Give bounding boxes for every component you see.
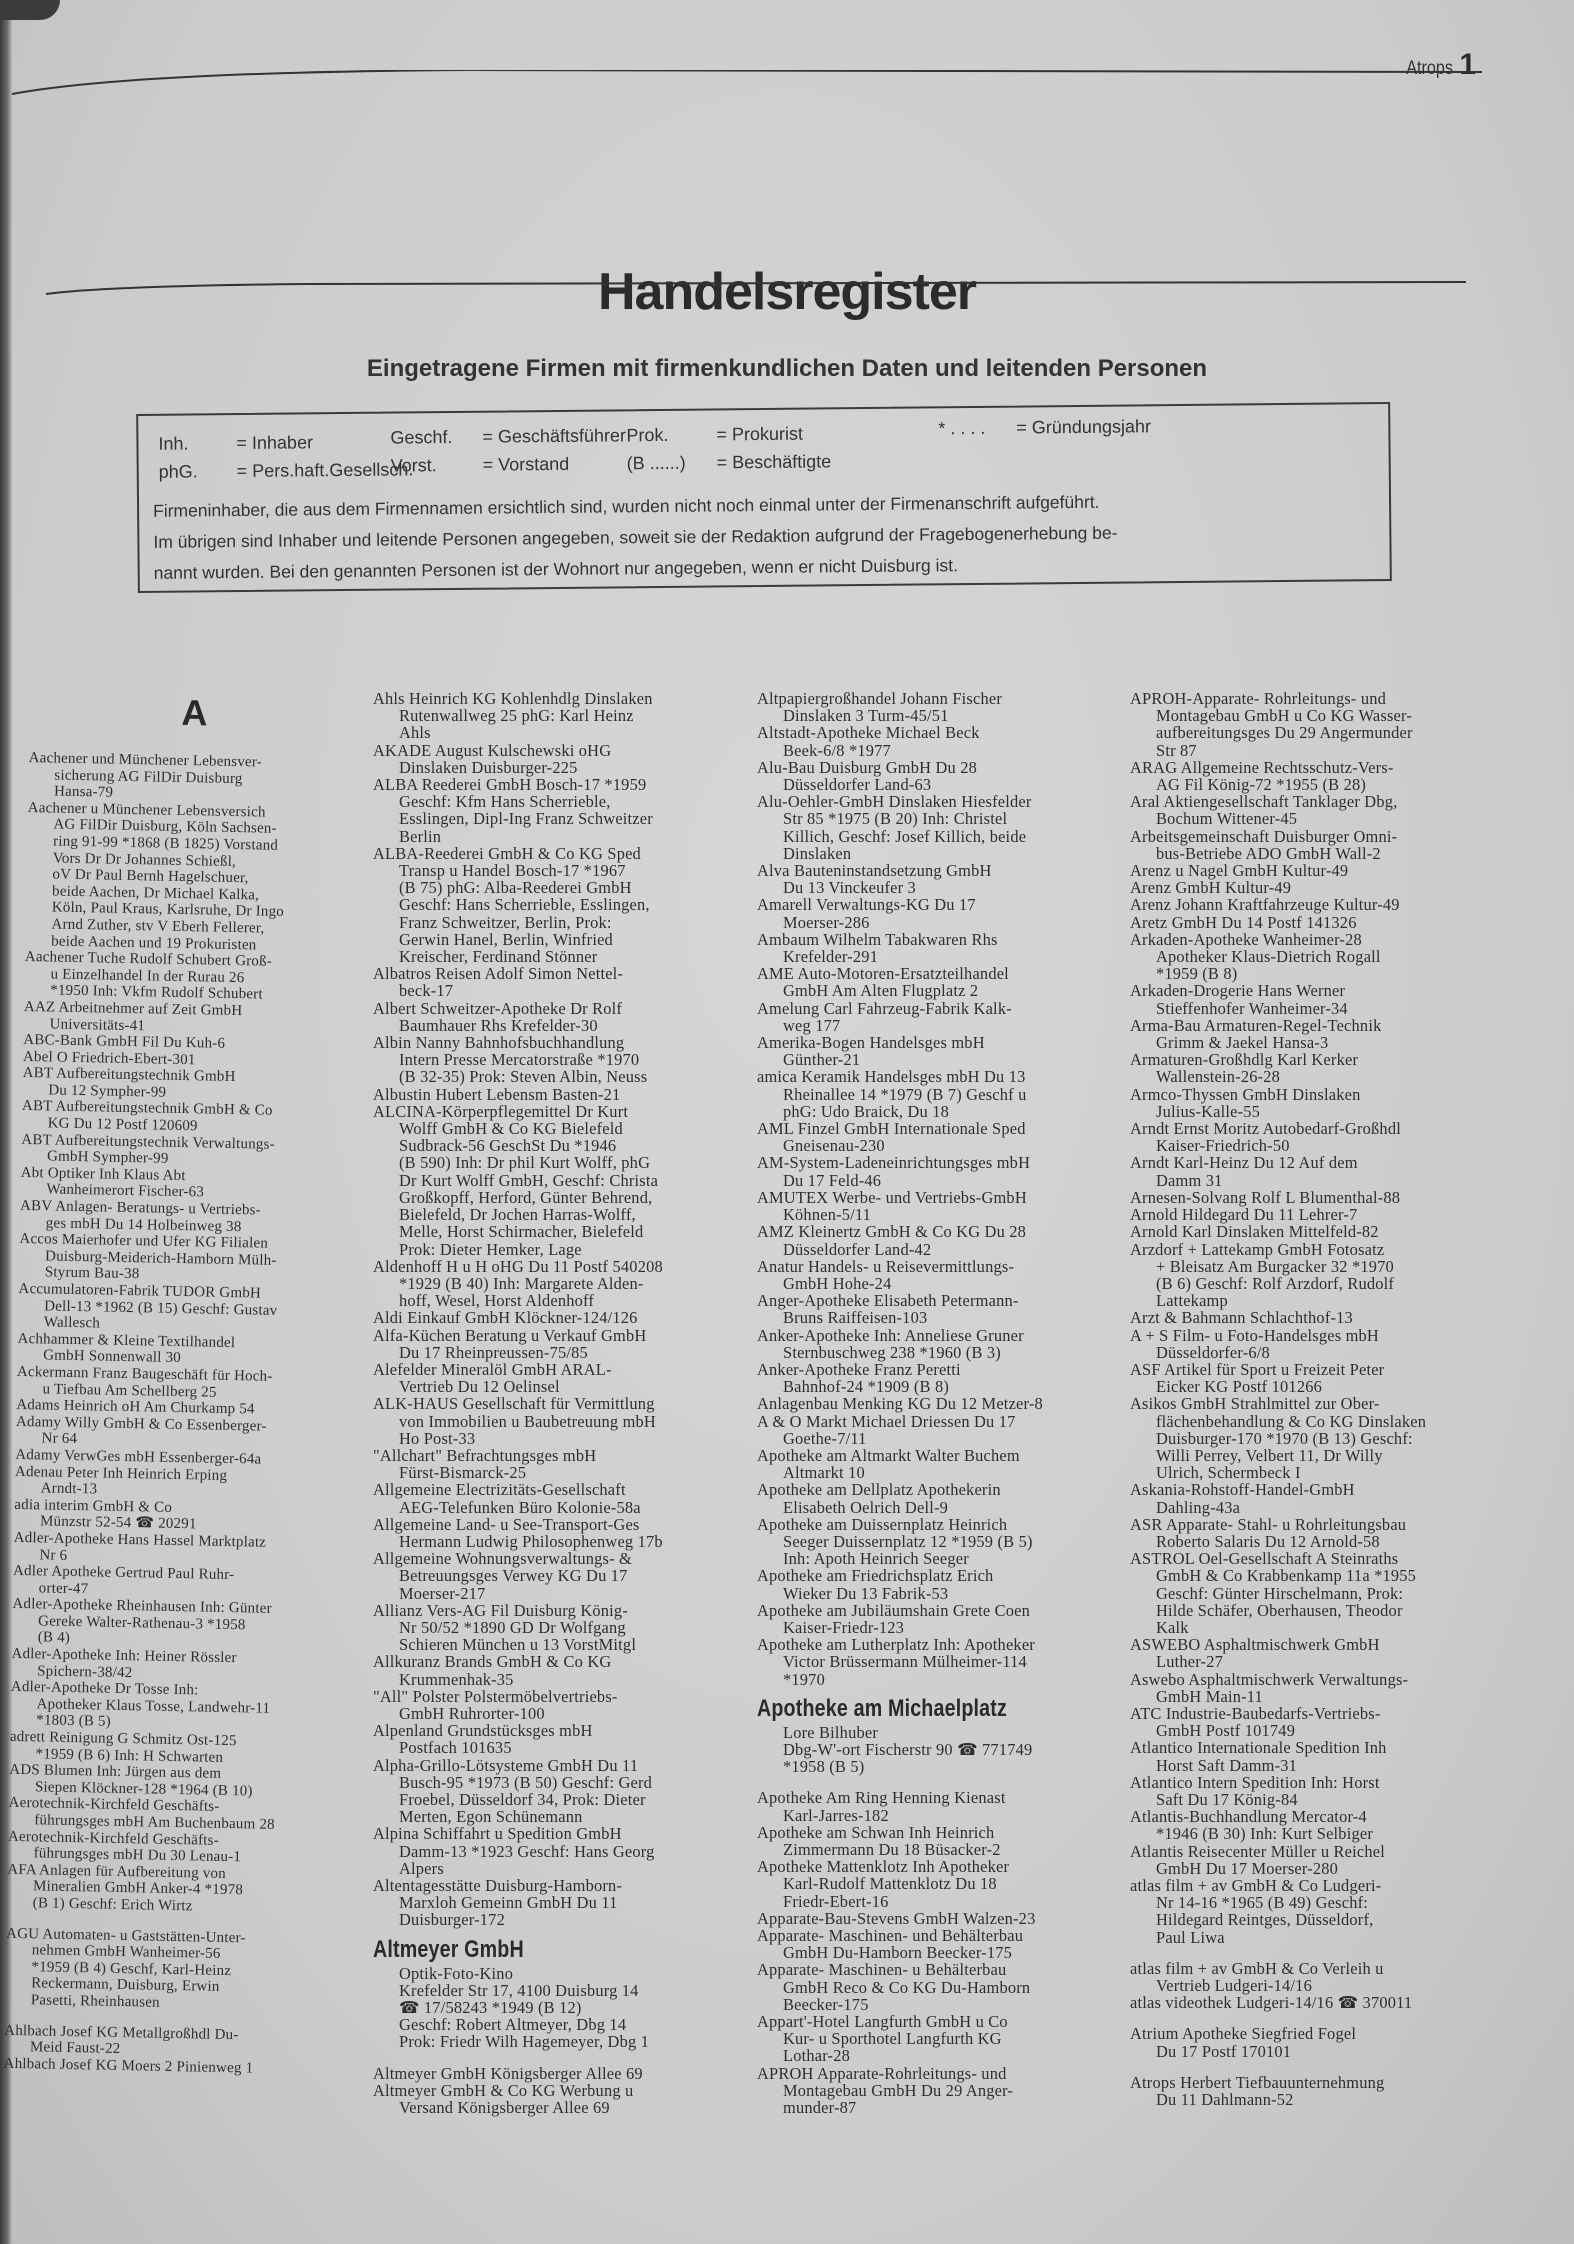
company-name-line: Alfa-Küchen Beratung u Verkauf GmbH (373, 1327, 753, 1344)
company-entry: Atlantis Reisecenter Müller u ReichelGmb… (1130, 1843, 1510, 1877)
entry-detail-line: Sudbrack-56 GeschSt Du *1946 (373, 1137, 753, 1154)
company-entry: Atlantis-Buchhandlung Mercator-4*1946 (B… (1130, 1808, 1510, 1842)
company-name-line: AKADE August Kulschewski oHG (373, 742, 753, 759)
entry-detail-line: Dinslaken 3 Turm-45/51 (757, 707, 1137, 724)
entry-detail-line: Montagebau GmbH Du 29 Anger- (757, 2082, 1137, 2099)
company-name-line: APROH-Apparate- Rohrleitungs- und (1130, 690, 1510, 707)
entry-detail-line: Kalk (1130, 1619, 1510, 1636)
company-name-line: Askania-Rohstoff-Handel-GmbH (1130, 1481, 1510, 1498)
company-name-line: Appart'-Hotel Langfurth GmbH u Co (757, 2013, 1137, 2030)
company-entry: Atlantico Intern Spedition Inh: HorstSaf… (1130, 1774, 1510, 1808)
company-entry: ASF Artikel für Sport u Freizeit PeterEi… (1130, 1361, 1510, 1395)
abbreviation-meaning: = Inhaber (236, 432, 313, 454)
company-entry: Apotheke am Altmarkt Walter BuchemAltmar… (757, 1447, 1137, 1481)
column-1: A Aachener und Münchener Lebensver-siche… (3, 690, 359, 2078)
entry-detail-line: Friedr-Ebert-16 (757, 1893, 1137, 1910)
company-entry: Apotheke Mattenklotz Inh ApothekerKarl-R… (757, 1858, 1137, 1910)
company-name-line: Armco-Thyssen GmbH Dinslaken (1130, 1086, 1510, 1103)
abbreviation-legend: Inh.= InhaberphG.= Pers.haft.Gesellsch.G… (136, 402, 1392, 593)
company-entry: Apparate-Bau-Stevens GmbH Walzen-23 (757, 1910, 1137, 1927)
company-entry: Allgemeine Wohnungsverwaltungs- &Betreuu… (373, 1550, 753, 1602)
company-entry: ATC Industrie-Baubedarfs-Vertriebs-GmbH … (1130, 1705, 1510, 1739)
entry-detail-line: (B 590) Inh: Dr phil Kurt Wolff, phG (373, 1154, 753, 1171)
company-name-line: Arma-Bau Armaturen-Regel-Technik (1130, 1017, 1510, 1034)
entry-detail-line: Dr Kurt Wolff GmbH, Geschf: Christa (373, 1172, 753, 1189)
company-name-line: Alpha-Grillo-Lötsysteme GmbH Du 11 (373, 1757, 753, 1774)
legend-abbreviation: Prok.= Prokurist (626, 424, 803, 447)
company-entry: Ahls Heinrich KG Kohlenhdlg DinslakenRut… (373, 690, 753, 742)
company-entry: ALBA Reederei GmbH Bosch-17 *1959Geschf:… (373, 776, 753, 845)
company-name-line: "All" Polster Polstermöbelvertriebs- (373, 1688, 753, 1705)
entry-detail-line: Marxloh Gemeinn GmbH Du 11 (373, 1894, 753, 1911)
company-entry: APROH-Apparate- Rohrleitungs- undMontage… (1130, 690, 1510, 759)
company-entry: ASR Apparate- Stahl- u RohrleitungsbauRo… (1130, 1516, 1510, 1550)
entry-detail-line: Victor Brüssermann Mülheimer-114 (757, 1653, 1137, 1670)
company-name-line: atlas film + av GmbH & Co Ludgeri- (1130, 1877, 1510, 1894)
company-entry: Arenz Johann Kraftfahrzeuge Kultur-49 (1130, 896, 1510, 913)
entry-detail-line: Dahling-43a (1130, 1499, 1510, 1516)
company-entry: Apotheke am Schwan Inh HeinrichZimmerman… (757, 1824, 1137, 1858)
company-name-line: Arkaden-Apotheke Wanheimer-28 (1130, 931, 1510, 948)
entry-detail-line: GmbH Ruhrorter-100 (373, 1705, 753, 1722)
company-entry: Amarell Verwaltungs-KG Du 17Moerser-286 (757, 896, 1137, 930)
entry-detail-line: Froebel, Düsseldorf 34, Prok: Dieter (373, 1791, 753, 1808)
legend-abbreviation: Inh.= Inhaber (158, 432, 313, 454)
entry-detail-line: Hildegard Reintges, Düsseldorf, (1130, 1911, 1510, 1928)
company-name-line: Apotheke Mattenklotz Inh Apotheker (757, 1858, 1137, 1875)
entry-detail-line: Hilde Schäfer, Oberhausen, Theodor (1130, 1602, 1510, 1619)
company-entry: Anger-Apotheke Elisabeth Petermann-Bruns… (757, 1292, 1137, 1326)
entry-detail-line: Kaiser-Friedr-123 (757, 1619, 1137, 1636)
company-name-line: Apotheke am Jubiläumshain Grete Coen (757, 1602, 1137, 1619)
company-name-line: Allgemeine Electrizitäts-Gesellschaft (373, 1481, 753, 1498)
company-name-line: Alpenland Grundstücksges mbH (373, 1722, 753, 1739)
company-name-line: Alefelder Mineralöl GmbH ARAL- (373, 1361, 753, 1378)
company-entry: Aldenhoff H u H oHG Du 11 Postf 540208*1… (373, 1258, 753, 1310)
company-name-line: Amelung Carl Fahrzeug-Fabrik Kalk- (757, 1000, 1137, 1017)
entry-detail-line: GmbH Postf 101749 (1130, 1722, 1510, 1739)
company-entry: Aachener u Münchener LebensversichAG Fil… (25, 800, 358, 956)
entry-detail-line: Prok: Friedr Wilh Hagemeyer, Dbg 1 (373, 2033, 753, 2050)
company-entry: Apparate- Maschinen- und BehälterbauGmbH… (757, 1927, 1137, 1961)
company-entry: Alpha-Grillo-Lötsysteme GmbH Du 11Busch-… (373, 1757, 753, 1826)
entry-detail-line: Intern Presse Mercatorstraße *1970 (373, 1051, 753, 1068)
company-name-line: Aldenhoff H u H oHG Du 11 Postf 540208 (373, 1258, 753, 1275)
entry-detail-line: *1959 (B 8) (1130, 965, 1510, 982)
company-entry: Arzt & Bahmann Schlachthof-13 (1130, 1309, 1510, 1326)
company-entry: Adler-Apotheke Dr Tosse Inh:Apotheker Kl… (10, 1679, 341, 1735)
entry-detail-line: *1970 (757, 1671, 1137, 1688)
company-entry: Aldi Einkauf GmbH Klöckner-124/126 (373, 1309, 753, 1326)
entry-detail-line: Ho Post-33 (373, 1430, 753, 1447)
entry-detail-line: Grimm & Jaekel Hansa-3 (1130, 1034, 1510, 1051)
company-name-line: Anker-Apotheke Inh: Anneliese Gruner (757, 1327, 1137, 1344)
company-name-line: AMUTEX Werbe- und Vertriebs-GmbH (757, 1189, 1137, 1206)
header-rule (12, 70, 1482, 110)
entry-detail-line: Luther-27 (1130, 1653, 1510, 1670)
company-name-line: Arnold Karl Dinslaken Mittelfeld-82 (1130, 1223, 1510, 1240)
entry-detail-line: GmbH Main-11 (1130, 1688, 1510, 1705)
entry-detail-line: Elisabeth Oelrich Dell-9 (757, 1499, 1137, 1516)
company-entry: AMUTEX Werbe- und Vertriebs-GmbHKöhnen-5… (757, 1189, 1137, 1223)
company-entry: Apotheke Am Ring Henning KienastKarl-Jar… (757, 1789, 1137, 1823)
company-name-line: Albin Nanny Bahnhofsbuchhandlung (373, 1034, 753, 1051)
entry-detail-line: hoff, Wesel, Horst Aldenhoff (373, 1292, 753, 1309)
company-entry: Allkuranz Brands GmbH & Co KGKrummenhak-… (373, 1653, 753, 1687)
section-letter: A (29, 690, 360, 736)
company-entry: Aral Aktiengesellschaft Tanklager Dbg,Bo… (1130, 793, 1510, 827)
entry-detail-line: (B 75) phG: Alba-Reederei GmbH (373, 879, 753, 896)
company-entry: Appart'-Hotel Langfurth GmbH u CoKur- u … (757, 2013, 1137, 2065)
entry-detail-line: GmbH & Co Krabbenkamp 11a *1955 (1130, 1567, 1510, 1584)
company-name-line: Asikos GmbH Strahlmittel zur Ober- (1130, 1395, 1510, 1412)
abbreviation-meaning: = Gründungsjahr (1016, 416, 1151, 438)
company-entry: Apotheke am Lutherplatz Inh: ApothekerVi… (757, 1636, 1137, 1688)
company-name-line: Alu-Bau Duisburg GmbH Du 28 (757, 759, 1137, 776)
company-entry: Anlagenbau Menking KG Du 12 Metzer-8 (757, 1395, 1137, 1412)
entry-detail-line: Optik-Foto-Kino (373, 1965, 753, 1982)
company-entry: Anker-Apotheke Franz PerettiBahnhof-24 *… (757, 1361, 1137, 1395)
page-corner-shadow (0, 0, 60, 20)
company-name-line: Altentagesstätte Duisburg-Hamborn- (373, 1877, 753, 1894)
company-name-line: Arnold Hildegard Du 11 Lehrer-7 (1130, 1206, 1510, 1223)
entry-detail-line: Willi Perrey, Velbert 11, Dr Willy (1130, 1447, 1510, 1464)
company-name-line: atlas videothek Ludgeri-14/16 ☎ 370011 (1130, 1994, 1510, 2011)
company-entry: "Allchart" Befrachtungsges mbHFürst-Bism… (373, 1447, 753, 1481)
company-name-line: Atrium Apotheke Siegfried Fogel (1130, 2025, 1510, 2042)
entry-detail-line: Killich, Geschf: Josef Killich, beide (757, 828, 1137, 845)
company-name-line: ALCINA-Körperpflegemittel Dr Kurt (373, 1103, 753, 1120)
entry-detail-line: Rutenwallweg 25 phG: Karl Heinz (373, 707, 753, 724)
company-entry: Altpapiergroßhandel Johann FischerDinsla… (757, 690, 1137, 724)
entry-detail-line: Hermann Ludwig Philosophenweg 17b (373, 1533, 753, 1550)
entry-detail-line: Köhnen-5/11 (757, 1206, 1137, 1223)
entry-detail-line: Du 13 Vinckeufer 3 (757, 879, 1137, 896)
company-entry: ALK-HAUS Gesellschaft für Vermittlungvon… (373, 1395, 753, 1447)
entry-detail-line: Alpers (373, 1860, 753, 1877)
featured-company-entry: Apotheke am MichaelplatzLore BilhuberDbg… (757, 1694, 1137, 1776)
entry-detail-line: Geschf: Robert Altmeyer, Dbg 14 (373, 2016, 753, 2033)
company-entry: Arnold Karl Dinslaken Mittelfeld-82 (1130, 1223, 1510, 1240)
company-entry: AGU Automaten- u Gaststätten-Unter-nehme… (5, 1925, 337, 2014)
company-name-line: ATC Industrie-Baubedarfs-Vertriebs- (1130, 1705, 1510, 1722)
company-name-line: Arzdorf + Lattekamp GmbH Fotosatz (1130, 1241, 1510, 1258)
legend-abbreviation: Vorst.= Vorstand (391, 454, 570, 477)
company-entry: Apparate- Maschinen- u BehälterbauGmbH R… (757, 1961, 1137, 2013)
entry-detail-line: (B 6) Geschf: Rolf Arzdorf, Rudolf (1130, 1275, 1510, 1292)
entry-detail-line: Düsseldorfer-6/8 (1130, 1344, 1510, 1361)
company-name-line: ASF Artikel für Sport u Freizeit Peter (1130, 1361, 1510, 1378)
company-entry: AMZ Kleinertz GmbH & Co KG Du 28Düsseldo… (757, 1223, 1137, 1257)
company-entry: ALBA-Reederei GmbH & Co KG SpedTransp u … (373, 845, 753, 965)
abbreviation-key: (B ......) (627, 453, 709, 475)
company-entry: AML Finzel GmbH Internationale SpedGneis… (757, 1120, 1137, 1154)
company-entry: AKADE August Kulschewski oHGDinslaken Du… (373, 742, 753, 776)
legend-abbreviation: Geschf.= Geschäftsführer (390, 425, 626, 448)
entry-detail-line: Beecker-175 (757, 1996, 1137, 2013)
entry-detail-line: Montagebau GmbH u Co KG Wasser- (1130, 707, 1510, 724)
entry-detail-line: Du 17 Postf 170101 (1130, 2043, 1510, 2060)
entry-detail-line: Nr 50/52 *1890 GD Dr Wolfgang (373, 1619, 753, 1636)
company-entry: Aachener und Münchener Lebensver-sicheru… (28, 750, 359, 806)
entry-detail-line: Dbg-W'-ort Fischerstr 90 ☎ 771749 (757, 1741, 1137, 1758)
abbreviation-key: Geschf. (390, 427, 474, 449)
featured-company-name: Altmeyer GmbH (373, 1935, 685, 1965)
entry-detail-line: AEG-Telefunken Büro Kolonie-58a (373, 1499, 753, 1516)
company-name-line: atlas film + av GmbH & Co Verleih u (1130, 1960, 1510, 1977)
entry-detail-line: Berlin (373, 828, 753, 845)
company-name-line: Apparate- Maschinen- u Behälterbau (757, 1961, 1137, 1978)
entry-detail-line: munder-87 (757, 2099, 1137, 2116)
company-entry: Allgemeine Electrizitäts-GesellschaftAEG… (373, 1481, 753, 1515)
entry-detail-line: Lore Bilhuber (757, 1724, 1137, 1741)
company-name-line: Albustin Hubert Lebensm Basten-21 (373, 1086, 753, 1103)
company-name-line: Arenz u Nagel GmbH Kultur-49 (1130, 862, 1510, 879)
company-entry: Alefelder Mineralöl GmbH ARAL-Vertrieb D… (373, 1361, 753, 1395)
company-name-line: Aral Aktiengesellschaft Tanklager Dbg, (1130, 793, 1510, 810)
entry-detail-line: von Immobilien u Baubetreuung mbH (373, 1413, 753, 1430)
company-entry: Apotheke am Duissernplatz HeinrichSeeger… (757, 1516, 1137, 1568)
company-entry: Altmeyer GmbH Königsberger Allee 69 (373, 2065, 753, 2082)
company-name-line: AMZ Kleinertz GmbH & Co KG Du 28 (757, 1223, 1137, 1240)
company-name-line: Aldi Einkauf GmbH Klöckner-124/126 (373, 1309, 753, 1326)
company-entry: Altentagesstätte Duisburg-Hamborn-Marxlo… (373, 1877, 753, 1929)
company-name-line: Apotheke am Dellplatz Apothekerin (757, 1481, 1137, 1498)
entry-detail-line: Stieffenhofer Wanheimer-34 (1130, 1000, 1510, 1017)
company-name-line: Atrops Herbert Tiefbauunternehmung (1130, 2074, 1510, 2091)
company-name-line: Amarell Verwaltungs-KG Du 17 (757, 896, 1137, 913)
company-entry: Alu-Oehler-GmbH Dinslaken HiesfelderStr … (757, 793, 1137, 862)
entry-detail-line: Str 87 (1130, 742, 1510, 759)
entry-detail-line: Merten, Egon Schünemann (373, 1808, 753, 1825)
directory-page: Atrops 1 Handelsregister Eingetragene Fi… (0, 0, 1574, 2244)
company-name-line: Arndt Karl-Heinz Du 12 Auf dem (1130, 1154, 1510, 1171)
entry-detail-line: Ahls (373, 724, 753, 741)
company-entry: "All" Polster Polstermöbelvertriebs-GmbH… (373, 1688, 753, 1722)
entry-detail-line: Gneisenau-230 (757, 1137, 1137, 1154)
company-name-line: Altmeyer GmbH Königsberger Allee 69 (373, 2065, 753, 2082)
company-entry: Aretz GmbH Du 14 Postf 141326 (1130, 914, 1510, 931)
company-entry: Anker-Apotheke Inh: Anneliese GrunerSter… (757, 1327, 1137, 1361)
company-name-line: ALBA Reederei GmbH Bosch-17 *1959 (373, 776, 753, 793)
company-entry: Alpina Schiffahrt u Spedition GmbHDamm-1… (373, 1825, 753, 1877)
company-entry: Arnold Hildegard Du 11 Lehrer-7 (1130, 1206, 1510, 1223)
company-name-line: Anger-Apotheke Elisabeth Petermann- (757, 1292, 1137, 1309)
company-name-line: Allgemeine Land- u See-Transport-Ges (373, 1516, 753, 1533)
entry-detail-line: Apotheker Klaus-Dietrich Rogall (1130, 948, 1510, 965)
entry-detail-line: Inh: Apoth Heinrich Seeger (757, 1550, 1137, 1567)
featured-company-entry: Altmeyer GmbHOptik-Foto-KinoKrefelder St… (373, 1935, 753, 2051)
entry-detail-line: Prok: Dieter Hemker, Lage (373, 1241, 753, 1258)
company-entry: Atlantico Internationale Spedition InhHo… (1130, 1739, 1510, 1773)
company-name-line: Altpapiergroßhandel Johann Fischer (757, 690, 1137, 707)
abbreviation-key: Prok. (626, 425, 708, 447)
abbreviation-meaning: = Prokurist (716, 424, 803, 446)
entry-detail-line: Paul Liwa (1130, 1929, 1510, 1946)
company-entry: Adler-Apotheke Rheinhausen Inh: GünterGe… (12, 1596, 343, 1652)
company-name-line: amica Keramik Handelsges mbH Du 13 (757, 1068, 1137, 1085)
entry-detail-line: Duisburger-172 (373, 1911, 753, 1928)
company-name-line: ASTROL Oel-Gesellschaft A Steinraths (1130, 1550, 1510, 1567)
entry-detail-line: phG: Udo Braick, Du 18 (757, 1103, 1137, 1120)
entry-detail-line: Altmarkt 10 (757, 1464, 1137, 1481)
abbreviation-meaning: = Vorstand (483, 454, 570, 476)
entry-detail-line: Kaiser-Friedrich-50 (1130, 1137, 1510, 1154)
company-name-line: Arndt Ernst Moritz Autobedarf-Großhdl (1130, 1120, 1510, 1137)
company-entry: Amelung Carl Fahrzeug-Fabrik Kalk-weg 17… (757, 1000, 1137, 1034)
company-entry: AME Auto-Motoren-ErsatzteilhandelGmbH Am… (757, 965, 1137, 999)
company-name-line: Anlagenbau Menking KG Du 12 Metzer-8 (757, 1395, 1137, 1412)
company-name-line: ALBA-Reederei GmbH & Co KG Sped (373, 845, 753, 862)
page-subtitle: Eingetragene Firmen mit firmenkundlichen… (0, 355, 1574, 383)
company-entry: Amerika-Bogen Handelsges mbHGünther-21 (757, 1034, 1137, 1068)
entry-detail-line: Betreuungsges Verwey KG Du 17 (373, 1567, 753, 1584)
entry-detail-line: Dinslaken (757, 845, 1137, 862)
entry-detail-line: ☎ 17/58243 *1949 (B 12) (373, 1999, 753, 2016)
entry-detail-line: Geschf: Günter Hirschelmann, Prok: (1130, 1585, 1510, 1602)
company-entry: Accos Maierhofer und Ufer KG FilialenDui… (19, 1231, 350, 1287)
entry-detail-line: Vertrieb Du 12 Oelinsel (373, 1378, 753, 1395)
entry-detail-line: Großkopff, Herford, Günter Behrend, (373, 1189, 753, 1206)
entry-detail-line: Moerser-217 (373, 1585, 753, 1602)
entry-detail-line: Dinslaken Duisburger-225 (373, 759, 753, 776)
entry-detail-line: Roberto Salaris Du 12 Arnold-58 (1130, 1533, 1510, 1550)
company-entry: ALCINA-Körperpflegemittel Dr KurtWolff G… (373, 1103, 753, 1258)
entry-detail-line: GmbH Du-Hamborn Beecker-175 (757, 1944, 1137, 1961)
featured-company-name: Apotheke am Michaelplatz (757, 1694, 1069, 1724)
company-name-line: Atlantis Reisecenter Müller u Reichel (1130, 1843, 1510, 1860)
company-name-line: Armaturen-Großhdlg Karl Kerker (1130, 1051, 1510, 1068)
company-name-line: Allianz Vers-AG Fil Duisburg König- (373, 1602, 753, 1619)
company-name-line: Apotheke Am Ring Henning Kienast (757, 1789, 1137, 1806)
company-entry: APROH Apparate-Rohrleitungs- undMontageb… (757, 2065, 1137, 2117)
entry-detail-line: Geschf: Kfm Hans Scherrieble, (373, 793, 753, 810)
entry-detail-line: Vertrieb Ludgeri-14/16 (1130, 1977, 1510, 1994)
company-name-line: Apotheke am Duissernplatz Heinrich (757, 1516, 1137, 1533)
company-entry: atlas film + av GmbH & Co Verleih uVertr… (1130, 1960, 1510, 1994)
company-entry: amica Keramik Handelsges mbH Du 13Rheina… (757, 1068, 1137, 1120)
company-name-line: APROH Apparate-Rohrleitungs- und (757, 2065, 1137, 2082)
abbreviation-key: * . . . . (938, 418, 1008, 440)
company-name-line: Anatur Handels- u Reisevermittlungs- (757, 1258, 1137, 1275)
company-name-line: Amerika-Bogen Handelsges mbH (757, 1034, 1137, 1051)
abbreviation-key: Inh. (158, 433, 228, 455)
entry-detail-line: GmbH Am Alten Flugplatz 2 (757, 982, 1137, 999)
legend-abbreviation: phG.= Pers.haft.Gesellsch. (159, 459, 414, 482)
entry-detail-line: Lattekamp (1130, 1292, 1510, 1309)
company-name-line: Arnesen-Solvang Rolf L Blumenthal-88 (1130, 1189, 1510, 1206)
entry-detail-line: Karl-Jarres-182 (757, 1807, 1137, 1824)
company-name-line: Anker-Apotheke Franz Peretti (757, 1361, 1137, 1378)
abbreviation-meaning: = Pers.haft.Gesellsch. (237, 459, 414, 482)
company-name-line: Apotheke am Friedrichsplatz Erich (757, 1567, 1137, 1584)
column-2: Ahls Heinrich KG Kohlenhdlg DinslakenRut… (373, 690, 753, 2116)
entry-detail-line: Kur- u Sporthotel Langfurth KG (757, 2030, 1137, 2047)
company-name-line: AME Auto-Motoren-Ersatzteilhandel (757, 965, 1137, 982)
entry-detail-line: Bruns Raiffeisen-103 (757, 1309, 1137, 1326)
entry-detail-line: Damm 31 (1130, 1172, 1510, 1189)
abbreviation-meaning: = Geschäftsführer (482, 425, 626, 447)
company-entry: Arbeitsgemeinschaft Duisburger Omni-bus-… (1130, 828, 1510, 862)
company-entry: Apotheke am Friedrichsplatz ErichWieker … (757, 1567, 1137, 1601)
entry-detail-line: beck-17 (373, 982, 753, 999)
company-name-line: ASR Apparate- Stahl- u Rohrleitungsbau (1130, 1516, 1510, 1533)
company-entry: atlas videothek Ludgeri-14/16 ☎ 370011 (1130, 1994, 1510, 2011)
entry-detail-line: Sternbuschweg 238 *1960 (B 3) (757, 1344, 1137, 1361)
company-name-line: A + S Film- u Foto-Handelsges mbH (1130, 1327, 1510, 1344)
entry-detail-line: Düsseldorfer Land-42 (757, 1241, 1137, 1258)
company-entry: Anatur Handels- u Reisevermittlungs-GmbH… (757, 1258, 1137, 1292)
entry-detail-line: Rheinallee 14 *1979 (B 7) Geschf u (757, 1086, 1137, 1103)
company-entry: Arkaden-Drogerie Hans WernerStieffenhofe… (1130, 982, 1510, 1016)
company-entry: ASWEBO Asphaltmischwerk GmbHLuther-27 (1130, 1636, 1510, 1670)
company-entry: atlas film + av GmbH & Co Ludgeri-Nr 14-… (1130, 1877, 1510, 1946)
entry-detail-line: Str 85 *1975 (B 20) Inh: Christel (757, 810, 1137, 827)
company-entry: Albin Nanny BahnhofsbuchhandlungIntern P… (373, 1034, 753, 1086)
company-entry: Albert Schweitzer-Apotheke Dr RolfBaumha… (373, 1000, 753, 1034)
company-entry: ASTROL Oel-Gesellschaft A SteinrathsGmbH… (1130, 1550, 1510, 1636)
entry-detail-line: Moerser-286 (757, 914, 1137, 931)
company-name-line: Allkuranz Brands GmbH & Co KG (373, 1653, 753, 1670)
company-name-line: Alva Bauteninstandsetzung GmbH (757, 862, 1137, 879)
company-name-line: Atlantis-Buchhandlung Mercator-4 (1130, 1808, 1510, 1825)
entry-detail-line: Goethe-7/11 (757, 1430, 1137, 1447)
company-entry: Askania-Rohstoff-Handel-GmbHDahling-43a (1130, 1481, 1510, 1515)
company-name-line: Apotheke am Schwan Inh Heinrich (757, 1824, 1137, 1841)
company-entry: Arnesen-Solvang Rolf L Blumenthal-88 (1130, 1189, 1510, 1206)
entry-detail-line: GmbH Reco & Co KG Du-Hamborn (757, 1979, 1137, 1996)
entry-detail-line: Transp u Handel Bosch-17 *1967 (373, 862, 753, 879)
company-name-line: ARAG Allgemeine Rechtsschutz-Vers- (1130, 759, 1510, 776)
entry-detail-line: Esslingen, Dipl-Ing Franz Schweitzer (373, 810, 753, 827)
company-name-line: Aretz GmbH Du 14 Postf 141326 (1130, 914, 1510, 931)
company-entry: Albatros Reisen Adolf Simon Nettel-beck-… (373, 965, 753, 999)
entry-detail-line: Duisburger-170 *1970 (B 13) Geschf: (1130, 1430, 1510, 1447)
entry-detail-line: Busch-95 *1973 (B 50) Geschf: Gerd (373, 1774, 753, 1791)
company-name-line: Albatros Reisen Adolf Simon Nettel- (373, 965, 753, 982)
company-name-line: Ahls Heinrich KG Kohlenhdlg Dinslaken (373, 690, 753, 707)
company-entry: Arndt Karl-Heinz Du 12 Auf demDamm 31 (1130, 1154, 1510, 1188)
entry-detail-line: Du 17 Feld-46 (757, 1172, 1137, 1189)
entry-detail-line: *1958 (B 5) (757, 1758, 1137, 1775)
company-entry: Accumulatoren-Fabrik TUDOR GmbHDell-13 *… (18, 1281, 349, 1337)
company-name-line: Aswebo Asphaltmischwerk Verwaltungs- (1130, 1671, 1510, 1688)
entry-detail-line: Fürst-Bismarck-25 (373, 1464, 753, 1481)
entry-detail-line: (B 32-35) Prok: Steven Albin, Neuss (373, 1068, 753, 1085)
company-name-line: "Allchart" Befrachtungsges mbH (373, 1447, 753, 1464)
legend-abbreviation: * . . . .= Gründungsjahr (938, 416, 1151, 439)
abbreviation-meaning: = Beschäftigte (717, 451, 832, 473)
company-entry: Allgemeine Land- u See-Transport-GesHerm… (373, 1516, 753, 1550)
entry-detail-line: aufbereitungsges Du 29 Angermunder (1130, 724, 1510, 741)
entry-detail-line: flächenbehandlung & Co KG Dinslaken (1130, 1413, 1510, 1430)
company-entry: Apotheke am Jubiläumshain Grete CoenKais… (757, 1602, 1137, 1636)
company-name-line: ASWEBO Asphaltmischwerk GmbH (1130, 1636, 1510, 1653)
entry-detail-line: Krummenhak-35 (373, 1671, 753, 1688)
company-name-line: Apparate-Bau-Stevens GmbH Walzen-23 (757, 1910, 1137, 1927)
title-rule (46, 280, 1466, 310)
abbreviation-key: phG. (159, 461, 229, 483)
entry-detail-line: Baumhauer Rhs Krefelder-30 (373, 1017, 753, 1034)
entry-detail-line: Beek-6/8 *1977 (757, 742, 1137, 759)
company-name-line: ALK-HAUS Gesellschaft für Vermittlung (373, 1395, 753, 1412)
column-4: APROH-Apparate- Rohrleitungs- undMontage… (1130, 690, 1510, 2108)
entry-detail-line: Franz Schweitzer, Berlin, Prok: (373, 914, 753, 931)
legend-note: Firmeninhaber, die aus dem Firmennamen e… (153, 484, 1374, 589)
entry-detail-line: Melle, Horst Schirmacher, Bielefeld (373, 1223, 753, 1240)
company-entry: Aachener Tuche Rudolf Schubert Groß-u Ei… (24, 949, 355, 1005)
legend-abbreviation: (B ......)= Beschäftigte (627, 451, 832, 474)
